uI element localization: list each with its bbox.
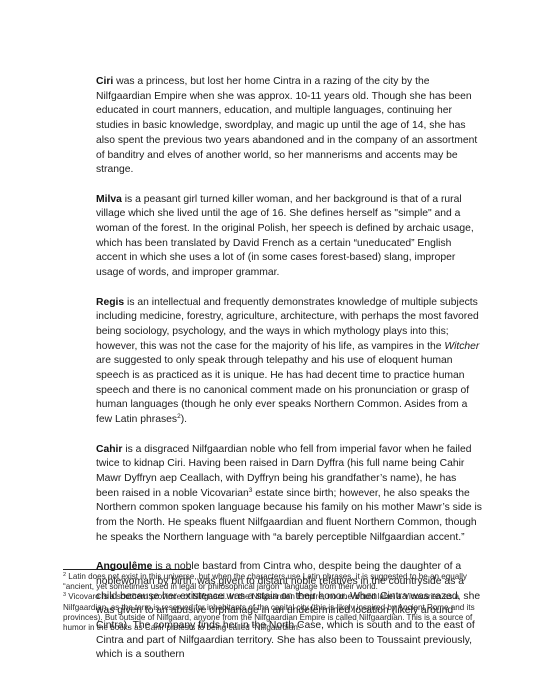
character-name: Angoulême bbox=[96, 561, 152, 572]
paragraph-text: ). bbox=[181, 414, 187, 425]
footnote-text: Vicovaro is a southern province of Nilfg… bbox=[63, 592, 475, 632]
character-name: Cahir bbox=[96, 444, 122, 455]
footnote-2: 2 Latin does not exist in this universe,… bbox=[63, 572, 483, 592]
character-name: Milva bbox=[96, 194, 122, 205]
paragraph-regis: Regis is an intellectual and frequently … bbox=[96, 296, 482, 428]
paragraph-text: is an intellectual and frequently demons… bbox=[96, 297, 479, 352]
footnote-divider bbox=[63, 569, 191, 570]
paragraph-milva: Milva is a peasant girl turned killer wo… bbox=[96, 193, 482, 281]
footnote-text: Latin does not exist in this universe, b… bbox=[63, 572, 467, 591]
italic-title: Witcher bbox=[444, 341, 479, 352]
footnotes: 2 Latin does not exist in this universe,… bbox=[63, 572, 483, 633]
footnote-3: 3 Vicovaro is a southern province of Nil… bbox=[63, 592, 483, 633]
paragraph-ciri: Ciri was a princess, but lost her home C… bbox=[96, 75, 482, 178]
character-name: Ciri bbox=[96, 76, 113, 87]
paragraph-cahir: Cahir is a disgraced Nilfgaardian noble … bbox=[96, 443, 482, 546]
paragraph-text: are suggested to only speak through tele… bbox=[96, 355, 469, 425]
document-page: Ciri was a princess, but lost her home C… bbox=[0, 0, 540, 699]
character-name: Regis bbox=[96, 297, 124, 308]
paragraph-text: was a princess, but lost her home Cintra… bbox=[96, 76, 477, 175]
paragraph-text: is a peasant girl turned killer woman, a… bbox=[96, 194, 474, 279]
